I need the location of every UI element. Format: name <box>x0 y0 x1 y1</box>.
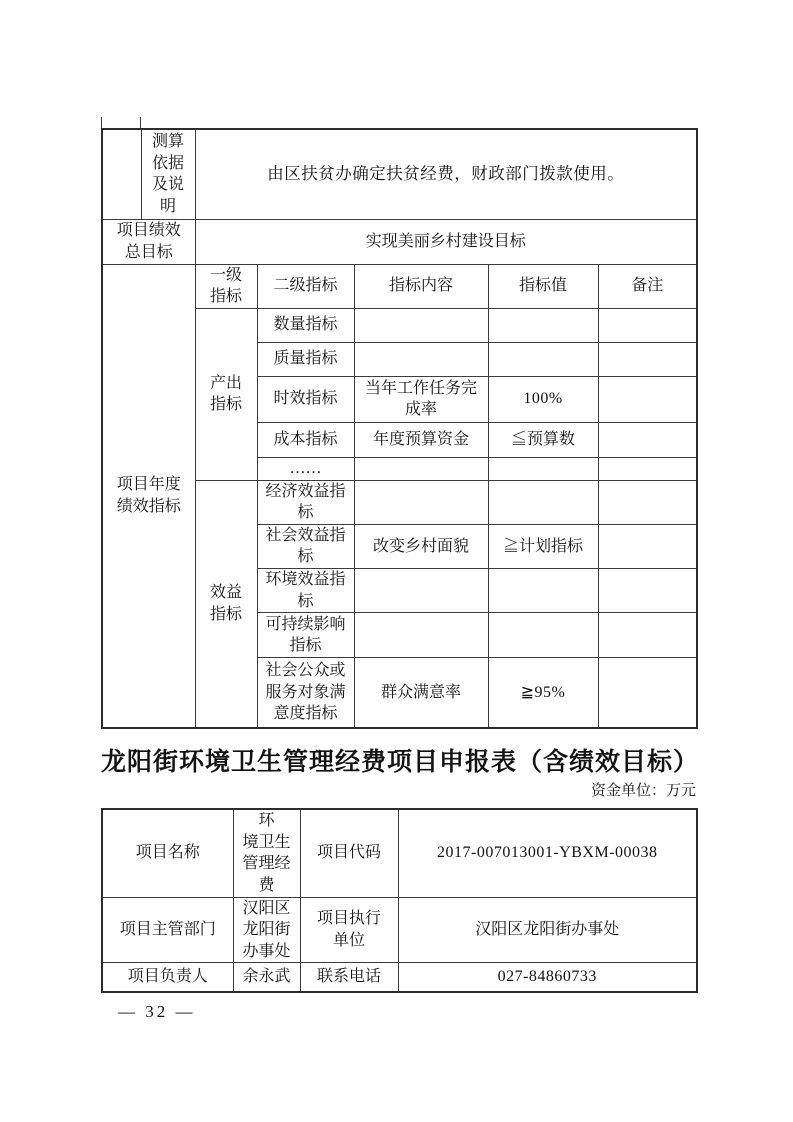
project-code-value-cell: 2017-007013001-YBXM-00038 <box>398 809 697 897</box>
content-cell <box>354 342 488 376</box>
project-name-label-cell: 项目名称 <box>102 809 233 897</box>
calc-basis-label-cell: 测算 依据 及说 明 <box>141 129 195 219</box>
executing-unit-value-cell: 汉阳区龙阳街办事处 <box>398 897 697 963</box>
remark-cell <box>598 457 697 480</box>
remark-cell <box>598 658 697 728</box>
remark-cell <box>598 422 697 457</box>
value-cell <box>488 457 598 480</box>
remark-cell <box>598 480 697 524</box>
supervising-dept-label-cell: 项目主管部门 <box>102 897 233 963</box>
supervising-dept-value-cell: 汉阳区 龙阳街 办事处 <box>233 897 300 963</box>
overall-goal-value-cell: 实现美丽乡村建设目标 <box>195 219 697 264</box>
remark-cell <box>598 613 697 658</box>
header-remark-cell: 备注 <box>598 264 697 308</box>
content-cell <box>354 308 488 342</box>
performance-targets-table: 测算 依据 及说 明 由区扶贫办确定扶贫经费，财政部门拨款使用。 项目绩效 总目… <box>101 128 698 729</box>
project-code-label-cell: 项目代码 <box>300 809 398 897</box>
fund-unit-note: 资金单位：万元 <box>101 779 696 800</box>
indicator-cell: 数量指标 <box>257 308 354 342</box>
header-value-cell: 指标值 <box>488 264 598 308</box>
project-leader-label-cell: 项目负责人 <box>102 963 233 992</box>
project-name-value-cell: 环 境卫生 管理经 费 <box>233 809 300 897</box>
continued-empty-cell <box>102 129 141 219</box>
annual-indicators-label-cell: 项目年度 绩效指标 <box>102 264 195 728</box>
content-cell <box>354 457 488 480</box>
remark-cell <box>598 524 697 568</box>
value-cell: ≧计划指标 <box>488 524 598 568</box>
content-cell: 年度预算资金 <box>354 422 488 457</box>
value-cell <box>488 569 598 613</box>
group-name-cell: 效益 指标 <box>195 480 257 728</box>
content-cell: 改变乡村面貌 <box>354 524 488 568</box>
remark-cell <box>598 569 697 613</box>
content-cell: 群众满意率 <box>354 658 488 728</box>
page-number: — 32 — <box>118 1002 196 1022</box>
remark-cell <box>598 342 697 376</box>
indicator-cell: 环境效益指 标 <box>257 569 354 613</box>
application-form-table: 项目名称 环 境卫生 管理经 费 项目代码 2017-007013001-YBX… <box>101 808 698 993</box>
indicator-cell: 可持续影响 指标 <box>257 613 354 658</box>
overall-goal-label-cell: 项目绩效 总目标 <box>102 219 195 264</box>
form-title: 龙阳街环境卫生管理经费项目申报表（含绩效目标） <box>101 742 696 778</box>
value-cell <box>488 308 598 342</box>
value-cell <box>488 613 598 658</box>
header-level2-cell: 二级指标 <box>257 264 354 308</box>
indicator-cell: 成本指标 <box>257 422 354 457</box>
executing-unit-label-cell: 项目执行 单位 <box>300 897 398 963</box>
indicator-cell: …… <box>257 457 354 480</box>
value-cell <box>488 480 598 524</box>
group-name-cell: 产出 指标 <box>195 308 257 480</box>
value-cell: 100% <box>488 376 598 422</box>
document-page: 测算 依据 及说 明 由区扶贫办确定扶贫经费，财政部门拨款使用。 项目绩效 总目… <box>0 0 793 1122</box>
indicator-cell: 社会公众或 服务对象满 意度指标 <box>257 658 354 728</box>
value-cell <box>488 342 598 376</box>
indicator-cell: 质量指标 <box>257 342 354 376</box>
calc-basis-value-cell: 由区扶贫办确定扶贫经费，财政部门拨款使用。 <box>195 129 697 219</box>
header-content-cell: 指标内容 <box>354 264 488 308</box>
contact-phone-label-cell: 联系电话 <box>300 963 398 992</box>
contact-phone-value-cell: 027-84860733 <box>398 963 697 992</box>
project-leader-value-cell: 余永武 <box>233 963 300 992</box>
remark-cell <box>598 308 697 342</box>
header-level1-cell: 一级 指标 <box>195 264 257 308</box>
content-cell <box>354 569 488 613</box>
indicator-cell: 社会效益指 标 <box>257 524 354 568</box>
content-cell <box>354 613 488 658</box>
value-cell: ≧95% <box>488 658 598 728</box>
content-cell <box>354 480 488 524</box>
indicator-cell: 时效指标 <box>257 376 354 422</box>
value-cell: ≦预算数 <box>488 422 598 457</box>
indicator-cell: 经济效益指 标 <box>257 480 354 524</box>
content-cell: 当年工作任务完 成率 <box>354 376 488 422</box>
remark-cell <box>598 376 697 422</box>
